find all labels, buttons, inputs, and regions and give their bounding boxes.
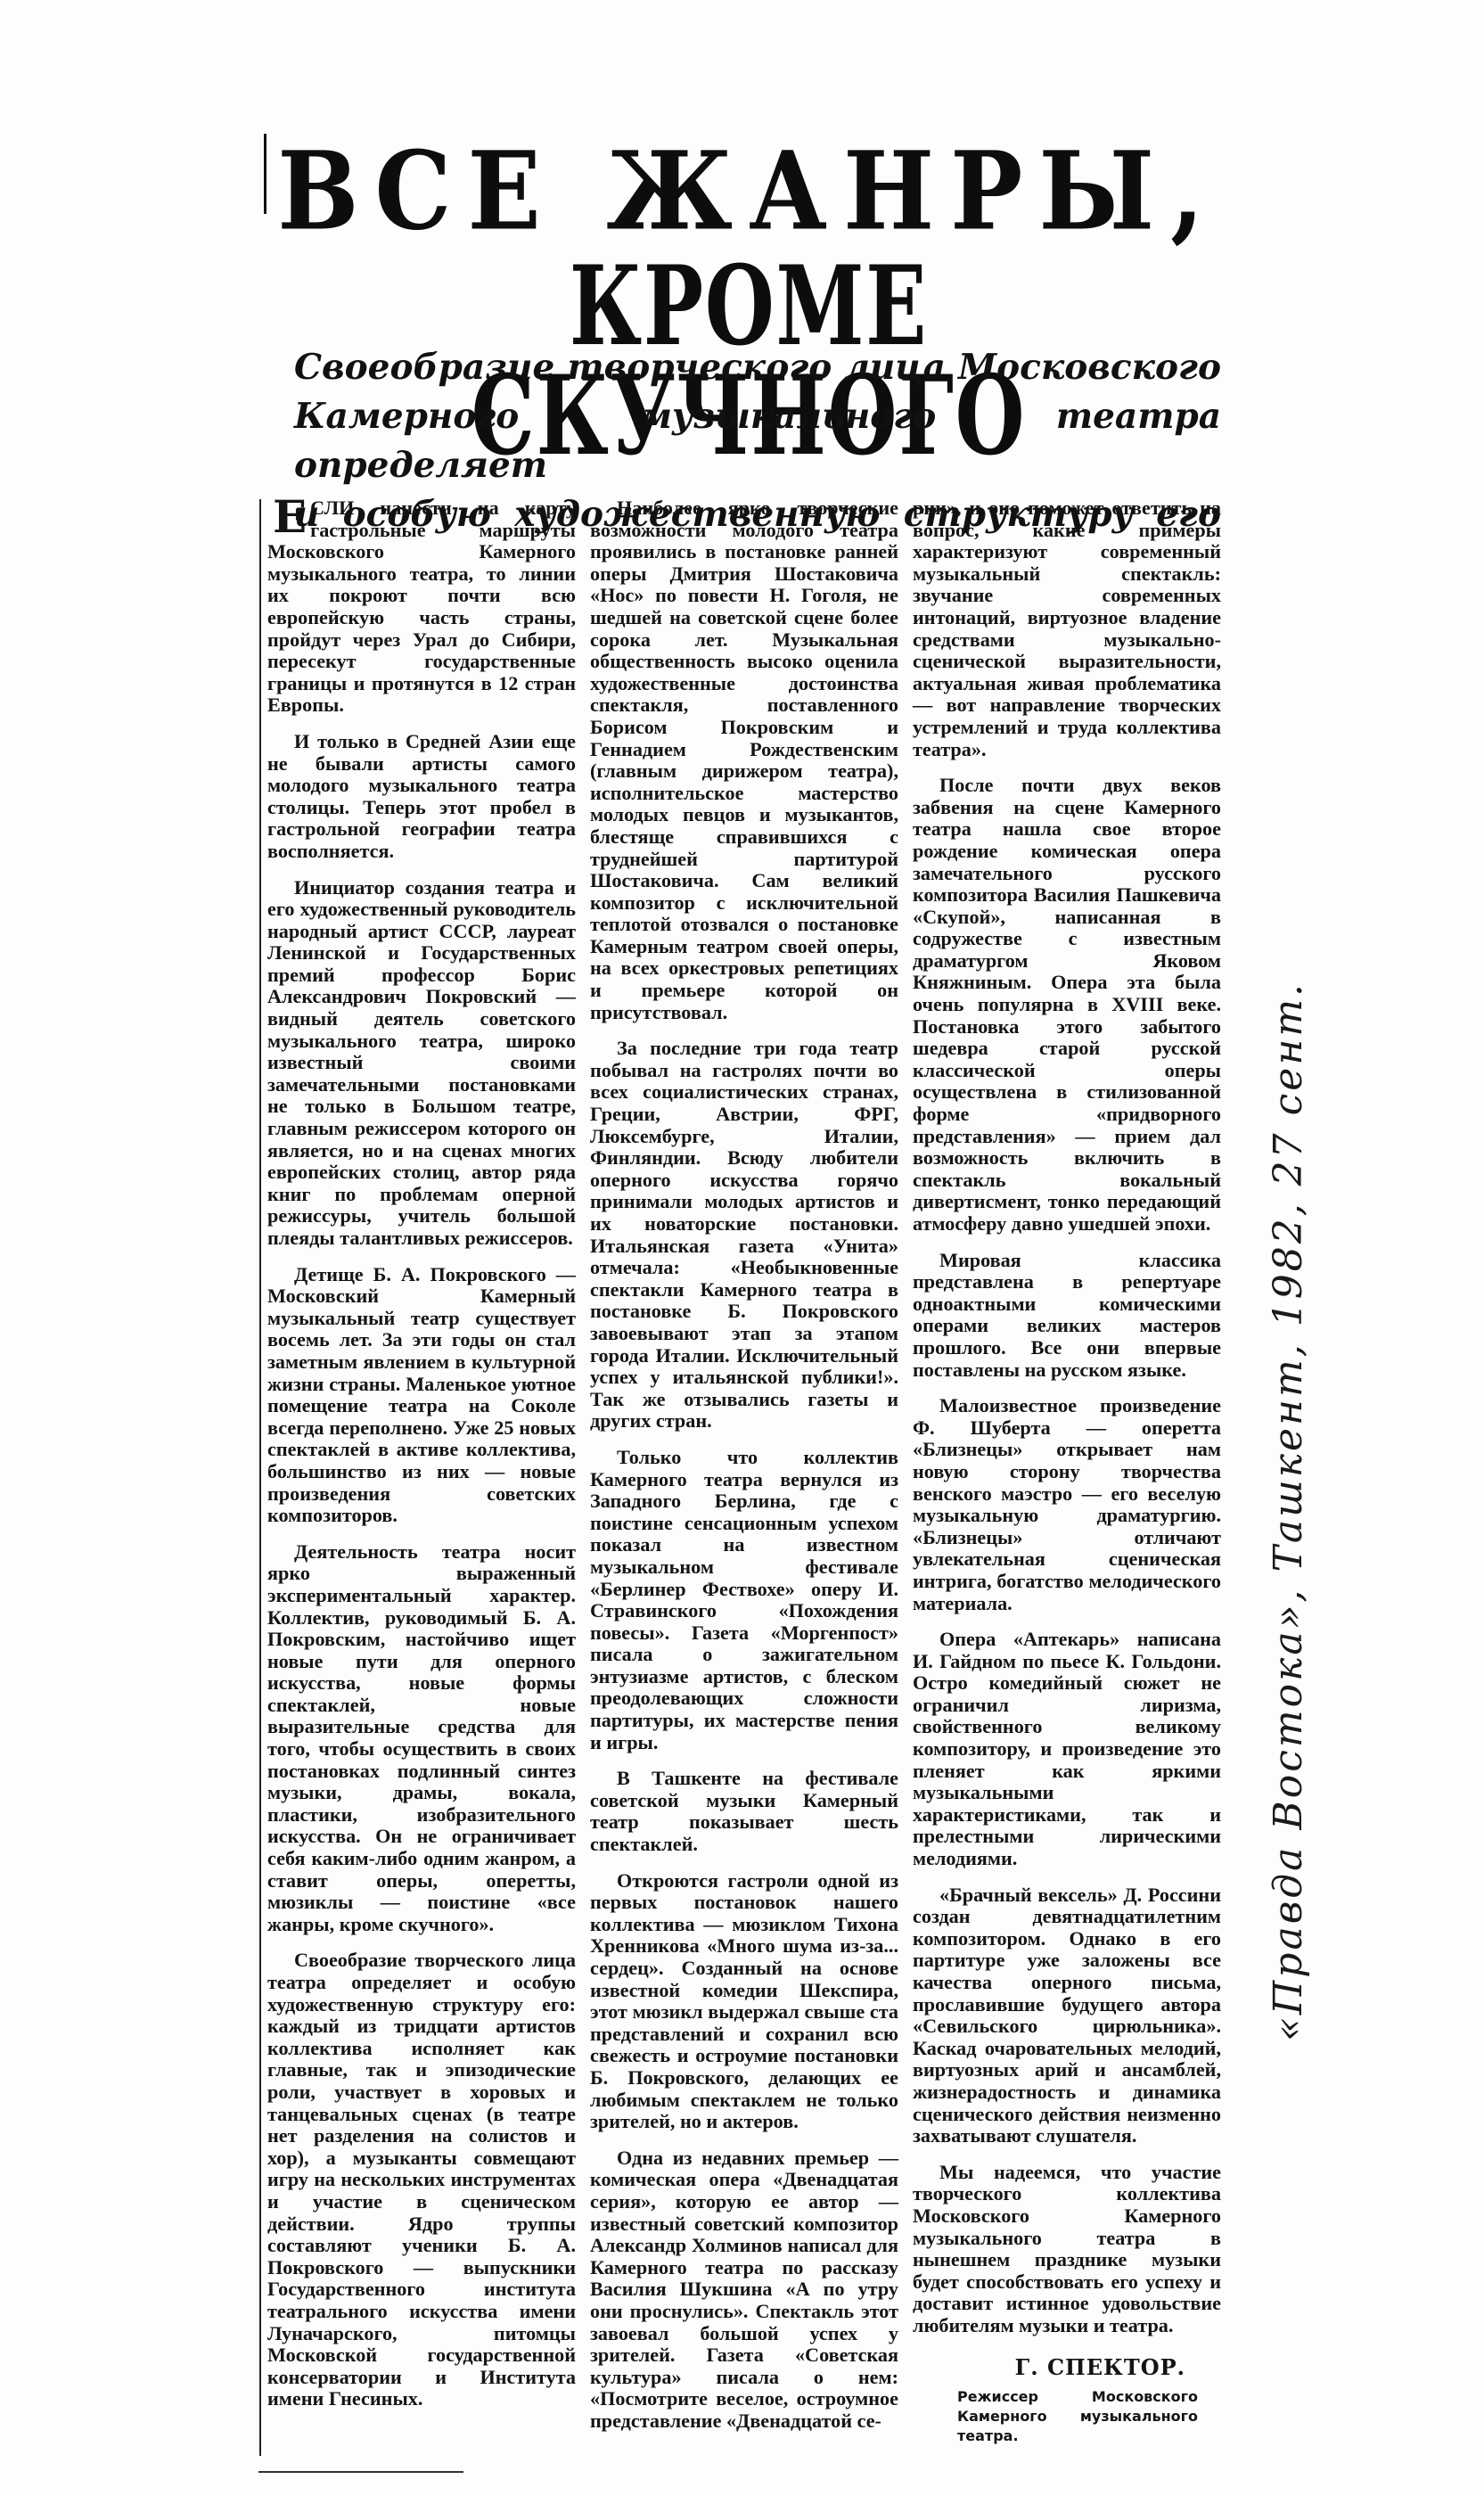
paragraph: Одна из недавних премьер — комическая оп… <box>590 2147 898 2433</box>
paragraph: Детище Б. А. Покровского — Московский Ка… <box>267 1264 576 1527</box>
drop-cap: Е <box>273 499 307 535</box>
column-rule <box>259 499 261 2456</box>
article-body: ЕСЛИ нанести на карту гастрольные маршру… <box>267 497 1234 2459</box>
paragraph: Своеобразие творческого лица театра опре… <box>267 1950 576 2410</box>
paragraph: Опера «Аптекарь» написана И. Гайдном по … <box>913 1629 1221 1870</box>
newspaper-clipping: ВСЕ ЖАНРЫ, КРОМЕ СКУЧНОГО Своеобразие тв… <box>0 0 1484 2496</box>
column-1: ЕСЛИ нанести на карту гастрольные маршру… <box>267 497 576 2459</box>
bottom-rule <box>258 2471 463 2473</box>
paragraph-text: СЛИ нанести на карту гастрольные маршрут… <box>267 497 576 716</box>
paragraph: Откроются гастроли одной из первых поста… <box>590 1870 898 2133</box>
paragraph: Инициатор создания театра и его художест… <box>267 877 576 1250</box>
column-3: рии», и оно поможет ответить на вопрос, … <box>913 497 1221 2459</box>
paragraph: Деятельность театра носит ярко выраженны… <box>267 1541 576 1936</box>
paragraph: Только что коллектив Камерного театра ве… <box>590 1447 898 1753</box>
paragraph: Малоизвестное произведение Ф. Шуберта — … <box>913 1395 1221 1614</box>
column-2: Наиболее ярко творческие возможности мол… <box>590 497 898 2459</box>
margin-rule <box>264 134 266 214</box>
paragraph: Наиболее ярко творческие возможности мол… <box>590 497 898 1023</box>
paragraph: За последние три года театр побывал на г… <box>590 1038 898 1433</box>
paragraph: Мировая классика представлена в репертуа… <box>913 1250 1221 1382</box>
paragraph: И только в Средней Азии еще не бывали ар… <box>267 731 576 863</box>
subheadline-line: Своеобразие творческого лица Московского <box>294 343 1221 392</box>
author-role: Режиссер Московского Камерного музыкальн… <box>957 2387 1198 2446</box>
handwritten-source-note: «Правда Востока», Ташкент, 1982, 27 сент… <box>1266 981 1311 2041</box>
paragraph: После почти двух веков забвения на сцене… <box>913 775 1221 1235</box>
subheadline-line: Камерного музыкального театра определяет <box>294 392 1221 490</box>
paragraph: ЕСЛИ нанести на карту гастрольные маршру… <box>267 497 576 717</box>
author-signature: Г. СПЕКТОР. <box>913 2357 1185 2379</box>
paragraph: Мы надеемся, что участие творческого кол… <box>913 2162 1221 2337</box>
paragraph: рии», и оно поможет ответить на вопрос, … <box>913 497 1221 760</box>
headline-line-1: ВСЕ ЖАНРЫ, <box>267 138 1230 246</box>
paragraph: В Ташкенте на фестивале советской музыки… <box>590 1768 898 1855</box>
paragraph: «Брачный вексель» Д. Россини создан девя… <box>913 1884 1221 2147</box>
